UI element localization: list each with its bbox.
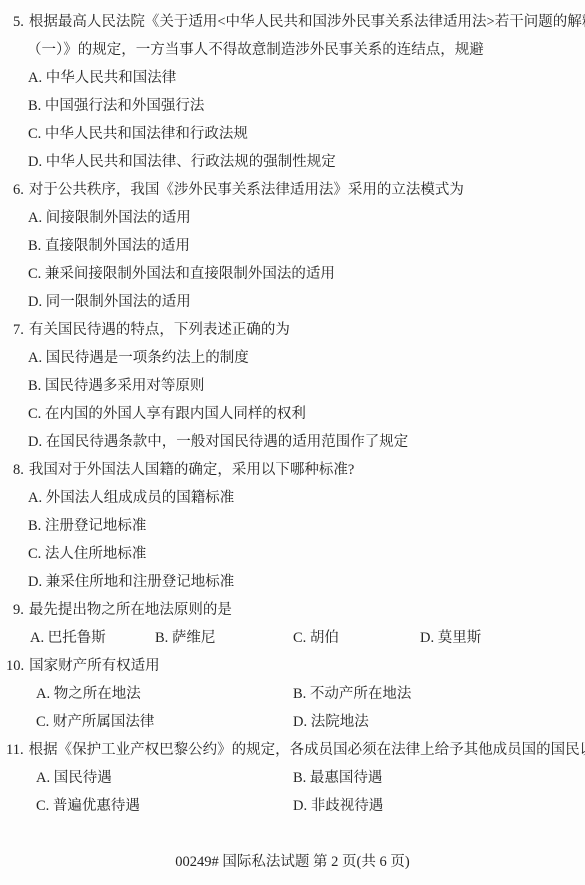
stem-text: （一）》的规定，一方当事人不得故意制造涉外民事关系的连结点，规避 xyxy=(27,42,484,58)
option-c: C. 普遍优惠待遇 xyxy=(36,792,140,820)
option-text: B. 中国强行法和外国强行法 xyxy=(28,98,204,114)
question-number: 5. xyxy=(13,14,24,30)
question-stem: 9.最先提出物之所在地法原则的是 xyxy=(0,596,585,624)
options-row: C. 财产所属国法律 D. 法院地法 xyxy=(0,708,585,736)
options-row: A. 巴托鲁斯 B. 萨维尼 C. 胡伯 D. 莫里斯 xyxy=(0,624,585,652)
option-text: C. 法人住所地标准 xyxy=(28,546,146,562)
option-d: D. 中华人民共和国法律、行政法规的强制性规定 xyxy=(0,148,585,176)
question-8: 8.我国对于外国法人国籍的确定，采用以下哪种标准? A. 外国法人组成成员的国籍… xyxy=(0,456,585,596)
stem-text: 根据《保护工业产权巴黎公约》的规定，各成员国必须在法律上给予其他成员国的国民以 xyxy=(29,742,585,758)
stem-text: 有关国民待遇的特点，下列表述正确的为 xyxy=(29,322,290,338)
question-stem-continuation: （一）》的规定，一方当事人不得故意制造涉外民事关系的连结点，规避 xyxy=(0,36,585,64)
stem-text: 根据最高人民法院《关于适用<中华人民共和国涉外民事关系法律适用法>若干问题的解释 xyxy=(29,14,585,30)
stem-text: 我国对于外国法人国籍的确定，采用以下哪种标准? xyxy=(29,462,354,478)
stem-text: 对于公共秩序，我国《涉外民事关系法律适用法》采用的立法模式为 xyxy=(29,182,464,198)
option-a: A. 间接限制外国法的适用 xyxy=(0,204,585,232)
option-b: B. 注册登记地标准 xyxy=(0,512,585,540)
option-text: C. 兼采间接限制外国法和直接限制外国法的适用 xyxy=(28,266,335,282)
question-number: 8. xyxy=(13,462,24,478)
option-d: D. 法院地法 xyxy=(293,708,369,736)
option-text: D. 同一限制外国法的适用 xyxy=(28,294,191,310)
option-text: A. 间接限制外国法的适用 xyxy=(28,210,191,226)
option-text: A. 国民待遇是一项条约法上的制度 xyxy=(28,350,249,366)
option-text: A. 中华人民共和国法律 xyxy=(28,70,176,86)
option-text: C. 中华人民共和国法律和行政法规 xyxy=(28,126,248,142)
question-stem: 11.根据《保护工业产权巴黎公约》的规定，各成员国必须在法律上给予其他成员国的国… xyxy=(0,736,585,764)
question-number: 6. xyxy=(13,182,24,198)
option-a: A. 国民待遇是一项条约法上的制度 xyxy=(0,344,585,372)
option-c: C. 财产所属国法律 xyxy=(36,708,154,736)
option-text: D. 兼采住所地和注册登记地标准 xyxy=(28,574,234,590)
option-text: D. 中华人民共和国法律、行政法规的强制性规定 xyxy=(28,154,336,170)
question-stem: 8.我国对于外国法人国籍的确定，采用以下哪种标准? xyxy=(0,456,585,484)
question-number: 11. xyxy=(6,742,24,758)
option-b: B. 萨维尼 xyxy=(155,624,215,652)
options-row: A. 国民待遇 B. 最惠国待遇 xyxy=(0,764,585,792)
option-d: D. 兼采住所地和注册登记地标准 xyxy=(0,568,585,596)
question-number: 7. xyxy=(13,322,24,338)
option-text: D. 在国民待遇条款中，一般对国民待遇的适用范围作了规定 xyxy=(28,434,408,450)
question-5: 5.根据最高人民法院《关于适用<中华人民共和国涉外民事关系法律适用法>若干问题的… xyxy=(0,8,585,176)
option-a: A. 物之所在地法 xyxy=(36,680,141,708)
option-text: B. 直接限制外国法的适用 xyxy=(28,238,190,254)
option-b: B. 国民待遇多采用对等原则 xyxy=(0,372,585,400)
option-text: B. 注册登记地标准 xyxy=(28,518,146,534)
page-footer: 00249# 国际私法试题 第 2 页(共 6 页) xyxy=(0,848,585,876)
question-11: 11.根据《保护工业产权巴黎公约》的规定，各成员国必须在法律上给予其他成员国的国… xyxy=(0,736,585,820)
option-d: D. 同一限制外国法的适用 xyxy=(0,288,585,316)
option-c: C. 在内国的外国人享有跟内国人同样的权利 xyxy=(0,400,585,428)
option-a: A. 外国法人组成成员的国籍标准 xyxy=(0,484,585,512)
question-number: 9. xyxy=(13,602,24,618)
options-row: C. 普遍优惠待遇 D. 非歧视待遇 xyxy=(0,792,585,820)
option-b: B. 直接限制外国法的适用 xyxy=(0,232,585,260)
question-7: 7.有关国民待遇的特点，下列表述正确的为 A. 国民待遇是一项条约法上的制度 B… xyxy=(0,316,585,456)
option-text: A. 外国法人组成成员的国籍标准 xyxy=(28,490,234,506)
exam-page: 5.根据最高人民法院《关于适用<中华人民共和国涉外民事关系法律适用法>若干问题的… xyxy=(0,0,585,885)
option-b: B. 最惠国待遇 xyxy=(293,764,382,792)
option-b: B. 不动产所在地法 xyxy=(293,680,411,708)
question-stem: 10.国家财产所有权适用 xyxy=(0,652,585,680)
question-number: 10. xyxy=(6,658,24,674)
option-text: C. 在内国的外国人享有跟内国人同样的权利 xyxy=(28,406,306,422)
option-d: D. 非歧视待遇 xyxy=(293,792,383,820)
question-9: 9.最先提出物之所在地法原则的是 A. 巴托鲁斯 B. 萨维尼 C. 胡伯 D.… xyxy=(0,596,585,652)
option-a: A. 巴托鲁斯 xyxy=(30,624,106,652)
option-c: C. 中华人民共和国法律和行政法规 xyxy=(0,120,585,148)
question-stem: 6.对于公共秩序，我国《涉外民事关系法律适用法》采用的立法模式为 xyxy=(0,176,585,204)
stem-text: 国家财产所有权适用 xyxy=(29,658,160,674)
option-c: C. 胡伯 xyxy=(293,624,339,652)
question-10: 10.国家财产所有权适用 A. 物之所在地法 B. 不动产所在地法 C. 财产所… xyxy=(0,652,585,736)
question-stem: 5.根据最高人民法院《关于适用<中华人民共和国涉外民事关系法律适用法>若干问题的… xyxy=(0,8,585,36)
stem-text: 最先提出物之所在地法原则的是 xyxy=(29,602,232,618)
option-c: C. 法人住所地标准 xyxy=(0,540,585,568)
option-a: A. 国民待遇 xyxy=(36,764,112,792)
option-c: C. 兼采间接限制外国法和直接限制外国法的适用 xyxy=(0,260,585,288)
option-text: B. 国民待遇多采用对等原则 xyxy=(28,378,204,394)
option-a: A. 中华人民共和国法律 xyxy=(0,64,585,92)
option-b: B. 中国强行法和外国强行法 xyxy=(0,92,585,120)
question-6: 6.对于公共秩序，我国《涉外民事关系法律适用法》采用的立法模式为 A. 间接限制… xyxy=(0,176,585,316)
option-d: D. 在国民待遇条款中，一般对国民待遇的适用范围作了规定 xyxy=(0,428,585,456)
question-stem: 7.有关国民待遇的特点，下列表述正确的为 xyxy=(0,316,585,344)
option-d: D. 莫里斯 xyxy=(420,624,481,652)
options-row: A. 物之所在地法 B. 不动产所在地法 xyxy=(0,680,585,708)
